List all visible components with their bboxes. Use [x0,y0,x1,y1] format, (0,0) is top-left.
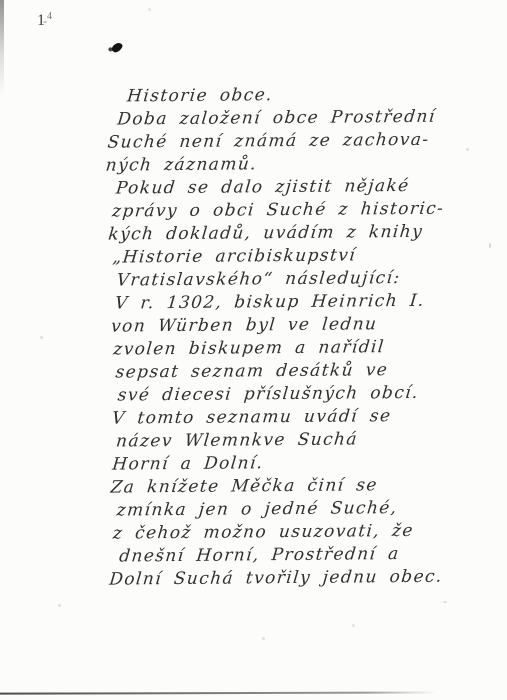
handwritten-line: V tomto seznamu uvádí se [111,404,479,430]
handwritten-line: zvolen biskupem a nařídil [112,335,478,361]
paper-speckle [40,336,43,339]
handwritten-line: Horní a Dolní. [111,450,479,476]
handwritten-line: Dolní Suchá tvořily jednu obec. [108,565,480,591]
paper-speckle [466,148,469,151]
handwritten-line: kých dokladů, uvádím z knihy [107,220,477,246]
paper-speckle [148,8,151,11]
paper-speckle [489,243,491,248]
handwritten-line: ných záznamů. [105,151,477,177]
scan-edge-strip [0,0,4,95]
paper-speckle [58,604,61,607]
paper-speckle [352,624,355,627]
handwritten-line: Vratislavského“ následující: [116,266,478,292]
paper-speckle [262,637,265,640]
handwritten-text-block: Historie obce. Doba založení obce Prostř… [104,82,478,591]
handwritten-line: Doba založení obce Prostřední [116,105,476,131]
handwritten-line: von Würben byl ve lednu [110,312,478,338]
handwritten-line: „Historie arcibiskupství [111,243,477,269]
handwritten-line: název Wlemnkve Suchá [115,427,479,453]
ink-blot-icon [110,41,123,55]
handwritten-line: své diecesi příslušných obcí. [117,381,479,407]
handwritten-line: sepsat seznam desátků ve [114,358,478,384]
handwritten-line: dnešní Horní, Prostřední a [118,542,480,568]
scanned-document-page: 14 Historie obce. Doba založení obce Pro… [0,0,507,700]
paper-speckle [443,601,447,603]
handwritten-line: Za knížete Měčka činí se [109,473,479,499]
handwritten-line: z čehož možno usuzovati, že [112,519,480,545]
handwritten-line: Pokud se dalo zjistit nějaké [115,174,477,200]
handwritten-line: Historie obce. [126,82,476,108]
paper-speckle [43,21,47,23]
handwritten-line: Suché není známá ze zachova- [106,128,476,154]
scan-edge-line [0,691,507,694]
handwritten-line: zprávy o obci Suché z historic- [111,197,477,223]
handwritten-line: V r. 1302, biskup Heinrich I. [114,289,478,315]
page-number-superscript: 4 [47,11,53,22]
handwritten-line: zmínka jen o jedné Suché, [116,496,480,522]
